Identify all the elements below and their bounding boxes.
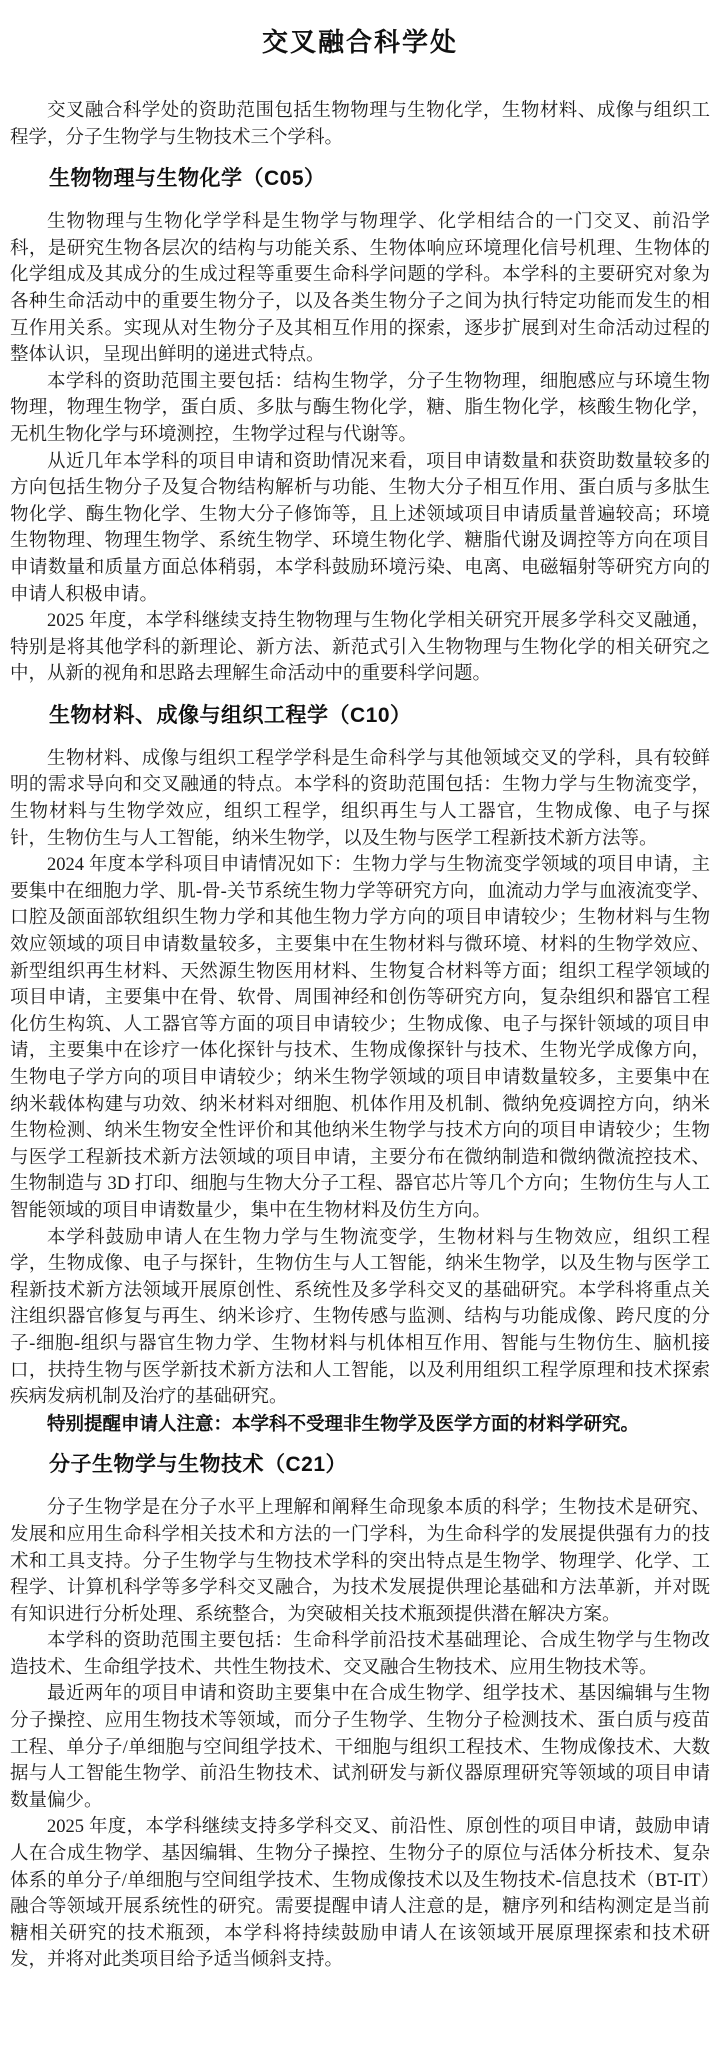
c21-paragraph-3: 最近两年的项目申请和资助主要集中在合成生物学、组学技术、基因编辑与生物分子操控、… [10, 1681, 710, 1814]
c05-paragraph-2: 本学科的资助范围主要包括：结构生物学，分子生物物理，细胞感应与环境生物物理，物理… [10, 369, 710, 449]
c21-paragraph-1: 分子生物学是在分子水平上理解和阐释生命现象本质的科学；生物技术是研究、发展和应用… [10, 1495, 710, 1628]
c05-paragraph-1: 生物物理与生物化学学科是生物学与物理学、化学相结合的一门交叉、前沿学科，是研究生… [10, 209, 710, 369]
section-heading-c05: 生物物理与生物化学（C05） [10, 164, 710, 194]
c10-paragraph-1: 生物材料、成像与组织工程学学科是生命科学与其他领域交叉的学科，具有较鲜明的需求导… [10, 746, 710, 852]
c05-paragraph-4: 2025 年度，本学科继续支持生物物理与生物化学相关研究开展多学科交叉融通，特别… [10, 608, 710, 688]
section-heading-c10: 生物材料、成像与组织工程学（C10） [10, 701, 710, 731]
c10-special-notice: 特别提醒申请人注意：本学科不受理非生物学及医学方面的材料学研究。 [10, 1411, 710, 1438]
c21-paragraph-4: 2025 年度，本学科继续支持多学科交叉、前沿性、原创性的项目申请，鼓励申请人在… [10, 1814, 710, 1974]
document-page: 交叉融合科学处 交叉融合科学处的资助范围包括生物物理与生物化学，生物材料、成像与… [0, 0, 720, 2060]
c10-paragraph-3: 本学科鼓励申请人在生物力学与生物流变学，生物材料与生物效应，组织工程学，生物成像… [10, 1225, 710, 1411]
section-heading-c21: 分子生物学与生物技术（C21） [10, 1450, 710, 1480]
c21-paragraph-2: 本学科的资助范围主要包括：生命科学前沿技术基础理论、合成生物学与生物改造技术、生… [10, 1628, 710, 1681]
c10-paragraph-2: 2024 年度本学科项目申请情况如下：生物力学与生物流变学领域的项目申请，主要集… [10, 852, 710, 1224]
c05-paragraph-3: 从近几年本学科的项目申请和资助情况来看，项目申请数量和获资助数量较多的方向包括生… [10, 449, 710, 609]
page-title: 交叉融合科学处 [10, 24, 710, 60]
intro-paragraph: 交叉融合科学处的资助范围包括生物物理与生物化学，生物材料、成像与组织工程学，分子… [10, 98, 710, 151]
